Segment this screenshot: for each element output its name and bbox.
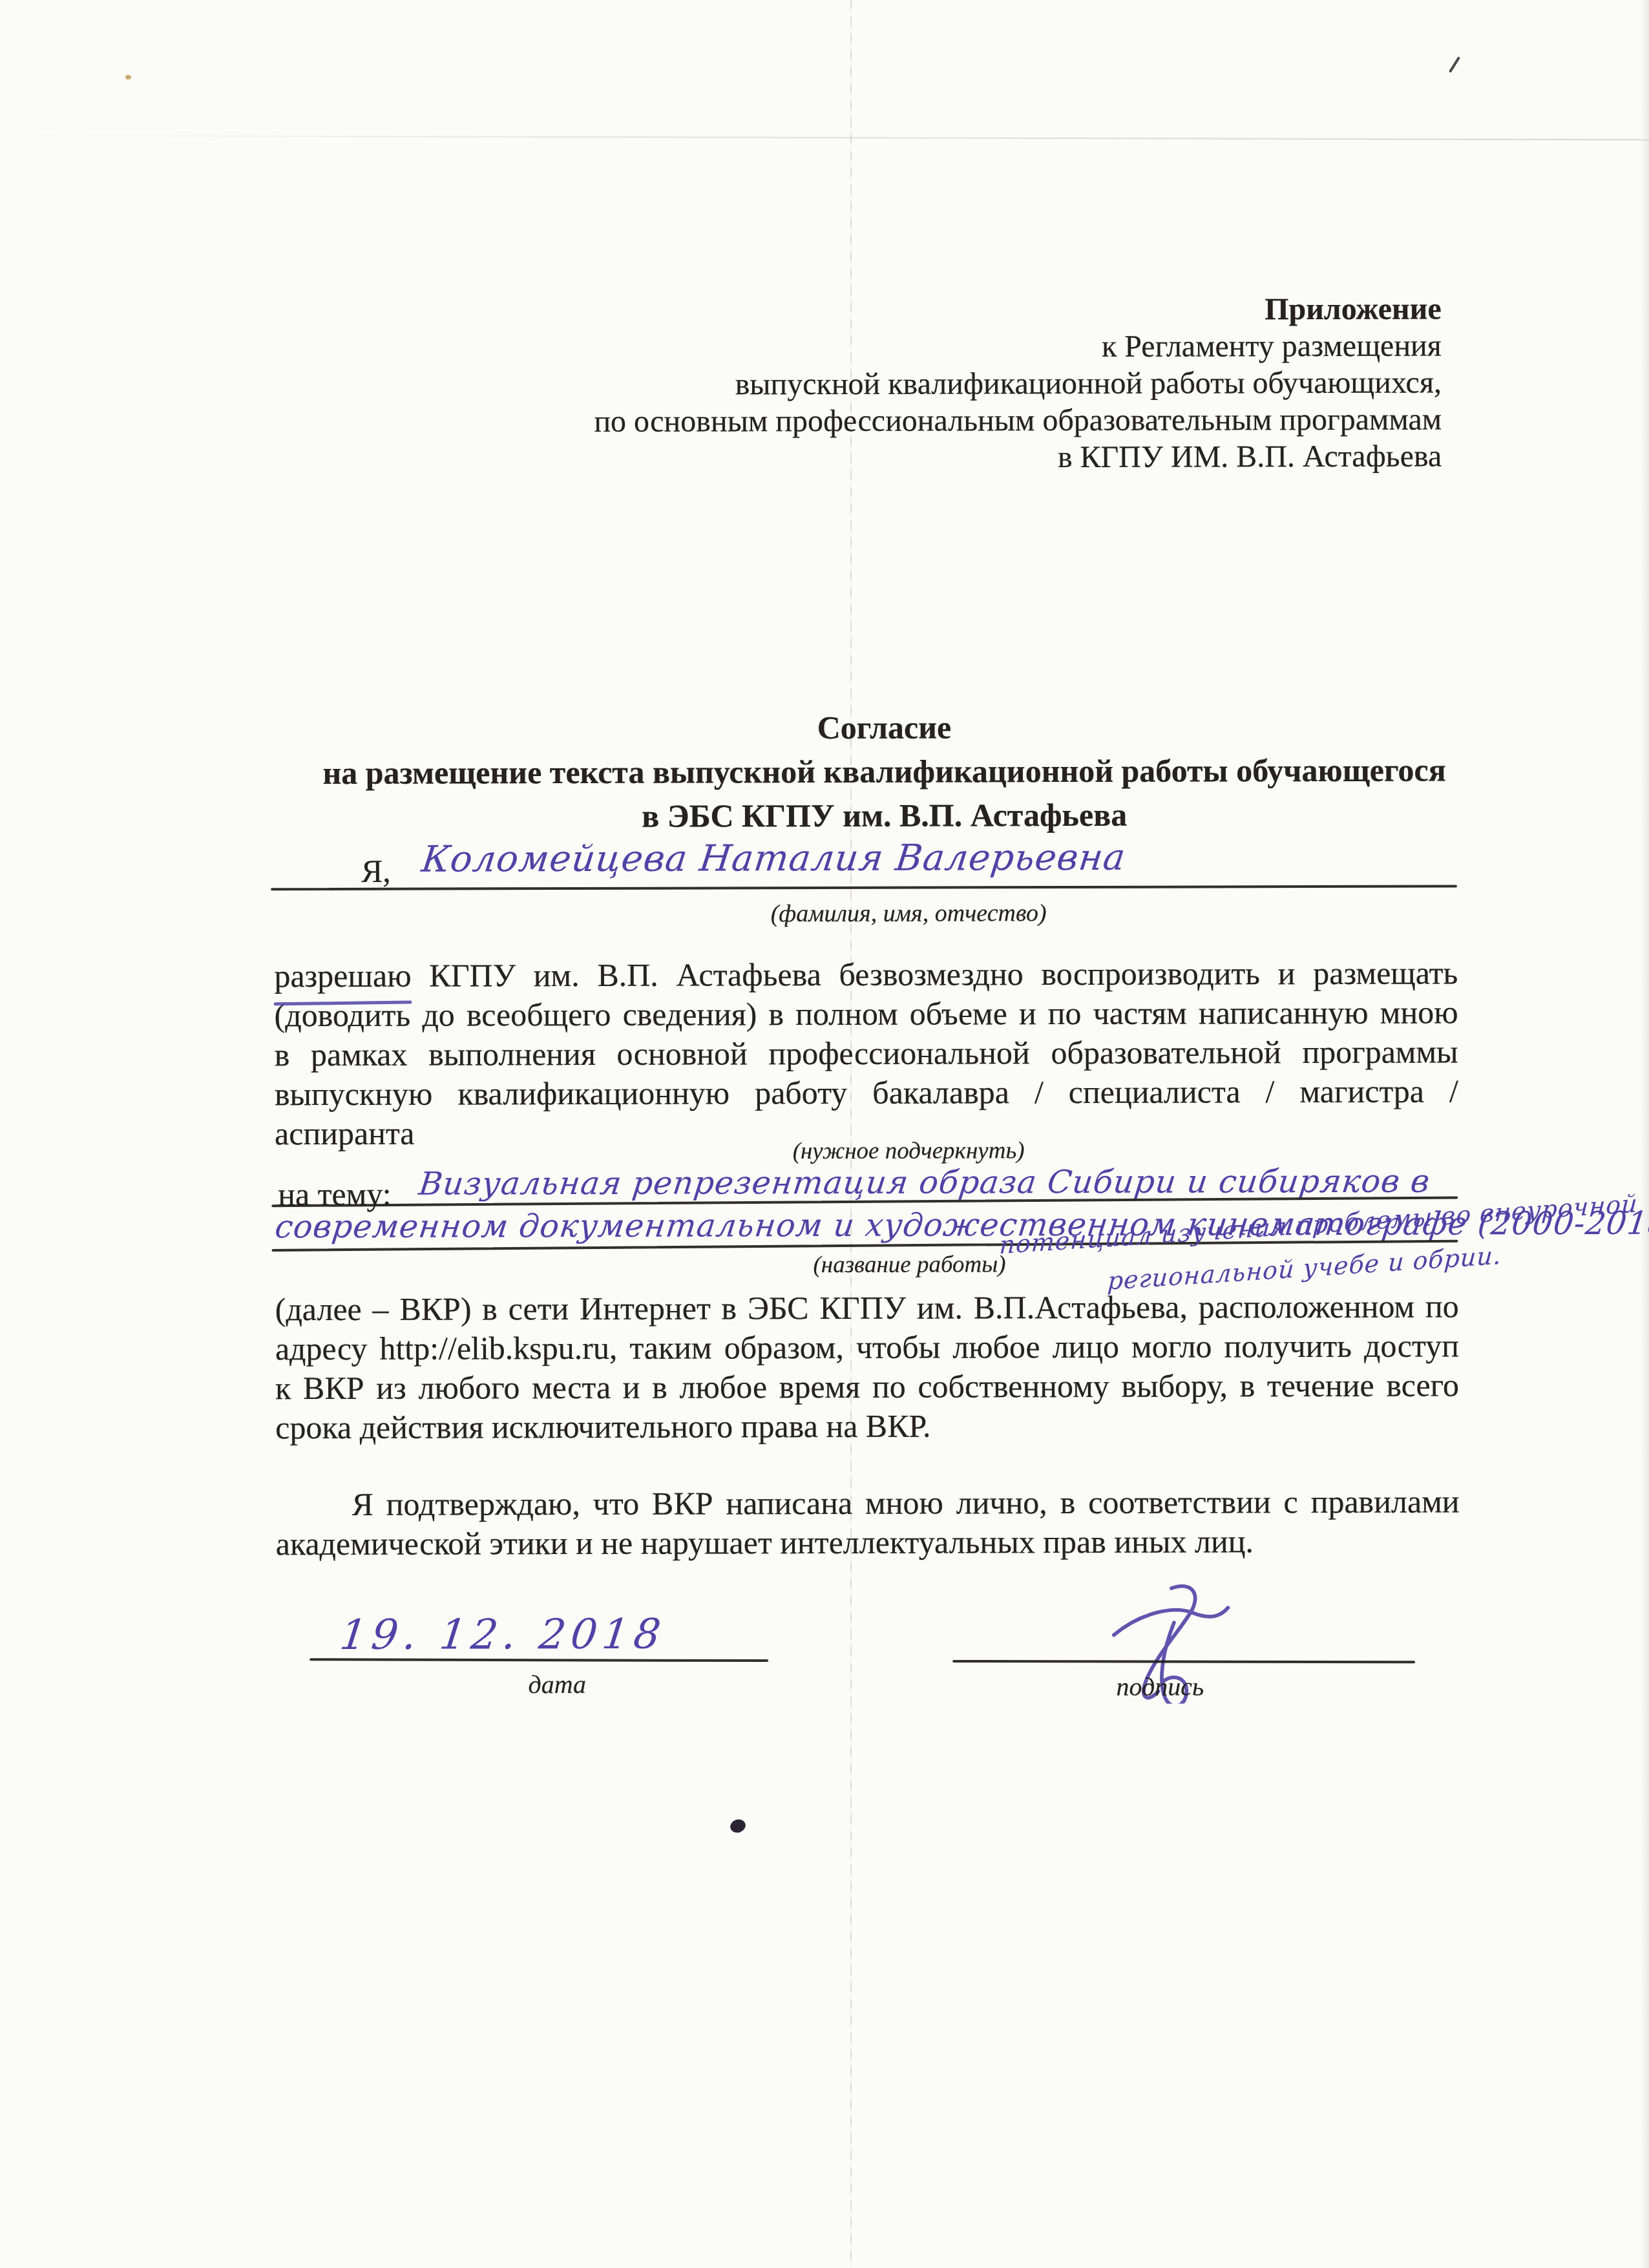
paragraph-line: Я подтверждаю, что ВКР написана мною лич…	[275, 1482, 1459, 1524]
handwritten-full-name: Коломейцева Наталия Валерьевна	[419, 837, 1128, 881]
handwritten-date: 19. 12. 2018	[337, 1611, 668, 1659]
scanned-consent-document-page: Приложение к Регламенту размещения выпус…	[0, 0, 1649, 2268]
paragraph-line: в рамках выполнения основной профессиона…	[275, 1032, 1458, 1075]
paragraph-line: срока действия исключительного права на …	[275, 1405, 1459, 1447]
paragraph-line: к ВКР из любого места и в любое время по…	[275, 1365, 1459, 1408]
permission-paragraph: разрешаю КГПУ им. В.П. Астафьева безвозм…	[274, 953, 1458, 1153]
signature-caption: подпись	[998, 1671, 1321, 1702]
appendix-header-line: к Регламенту размещения	[594, 327, 1442, 366]
paragraph-line: выпускную квалификационную работу бакала…	[275, 1071, 1458, 1114]
confirmation-paragraph: Я подтверждаю, что ВКР написана мною лич…	[275, 1482, 1459, 1564]
appendix-header-line: Приложение	[594, 290, 1442, 329]
access-paragraph: (далее – ВКР) в сети Интернет в ЭБС КГПУ…	[275, 1286, 1460, 1447]
document-content: Приложение к Регламенту размещения выпус…	[0, 0, 1649, 2268]
appendix-header-line: в КГПУ ИМ. В.П. Астафьева	[594, 437, 1442, 476]
paragraph-line: (далее – ВКР) в сети Интернет в ЭБС КГПУ…	[275, 1286, 1459, 1329]
appendix-header-line: по основным профессиональным образовател…	[594, 401, 1442, 439]
paragraph-line: разрешаю КГПУ им. В.П. Астафьева безвозм…	[274, 953, 1458, 996]
signature-underline-rule	[952, 1660, 1415, 1663]
name-caption: (фамилия, имя, отчество)	[585, 898, 1232, 929]
paragraph-line: адресу http://elib.kspu.ru, таким образо…	[275, 1326, 1459, 1369]
declarant-prefix: Я,	[361, 852, 391, 891]
date-underline-rule	[310, 1658, 768, 1662]
paragraph-line: академической этики и не нарушает интелл…	[276, 1521, 1460, 1564]
handwritten-theme-line-1: Визуальная репрезентация образа Сибири и…	[417, 1163, 1432, 1202]
title-line: на размещение текста выпускной квалифика…	[257, 748, 1511, 795]
underline-instruction-note: (нужное подчеркнуть)	[585, 1136, 1232, 1166]
title-line: в ЭБС КГПУ им. В.П. Астафьева	[258, 792, 1511, 839]
appendix-header-line: выпускной квалификационной работы обучаю…	[594, 364, 1442, 403]
appendix-header-block: Приложение к Регламенту размещения выпус…	[594, 290, 1442, 476]
title-line: Согласие	[257, 704, 1511, 751]
paragraph-line: (доводить до всеобщего сведения) в полно…	[274, 992, 1458, 1035]
document-title-block: Согласие на размещение текста выпускной …	[257, 704, 1511, 839]
date-caption: дата	[395, 1668, 719, 1699]
name-underline-rule	[271, 885, 1457, 890]
